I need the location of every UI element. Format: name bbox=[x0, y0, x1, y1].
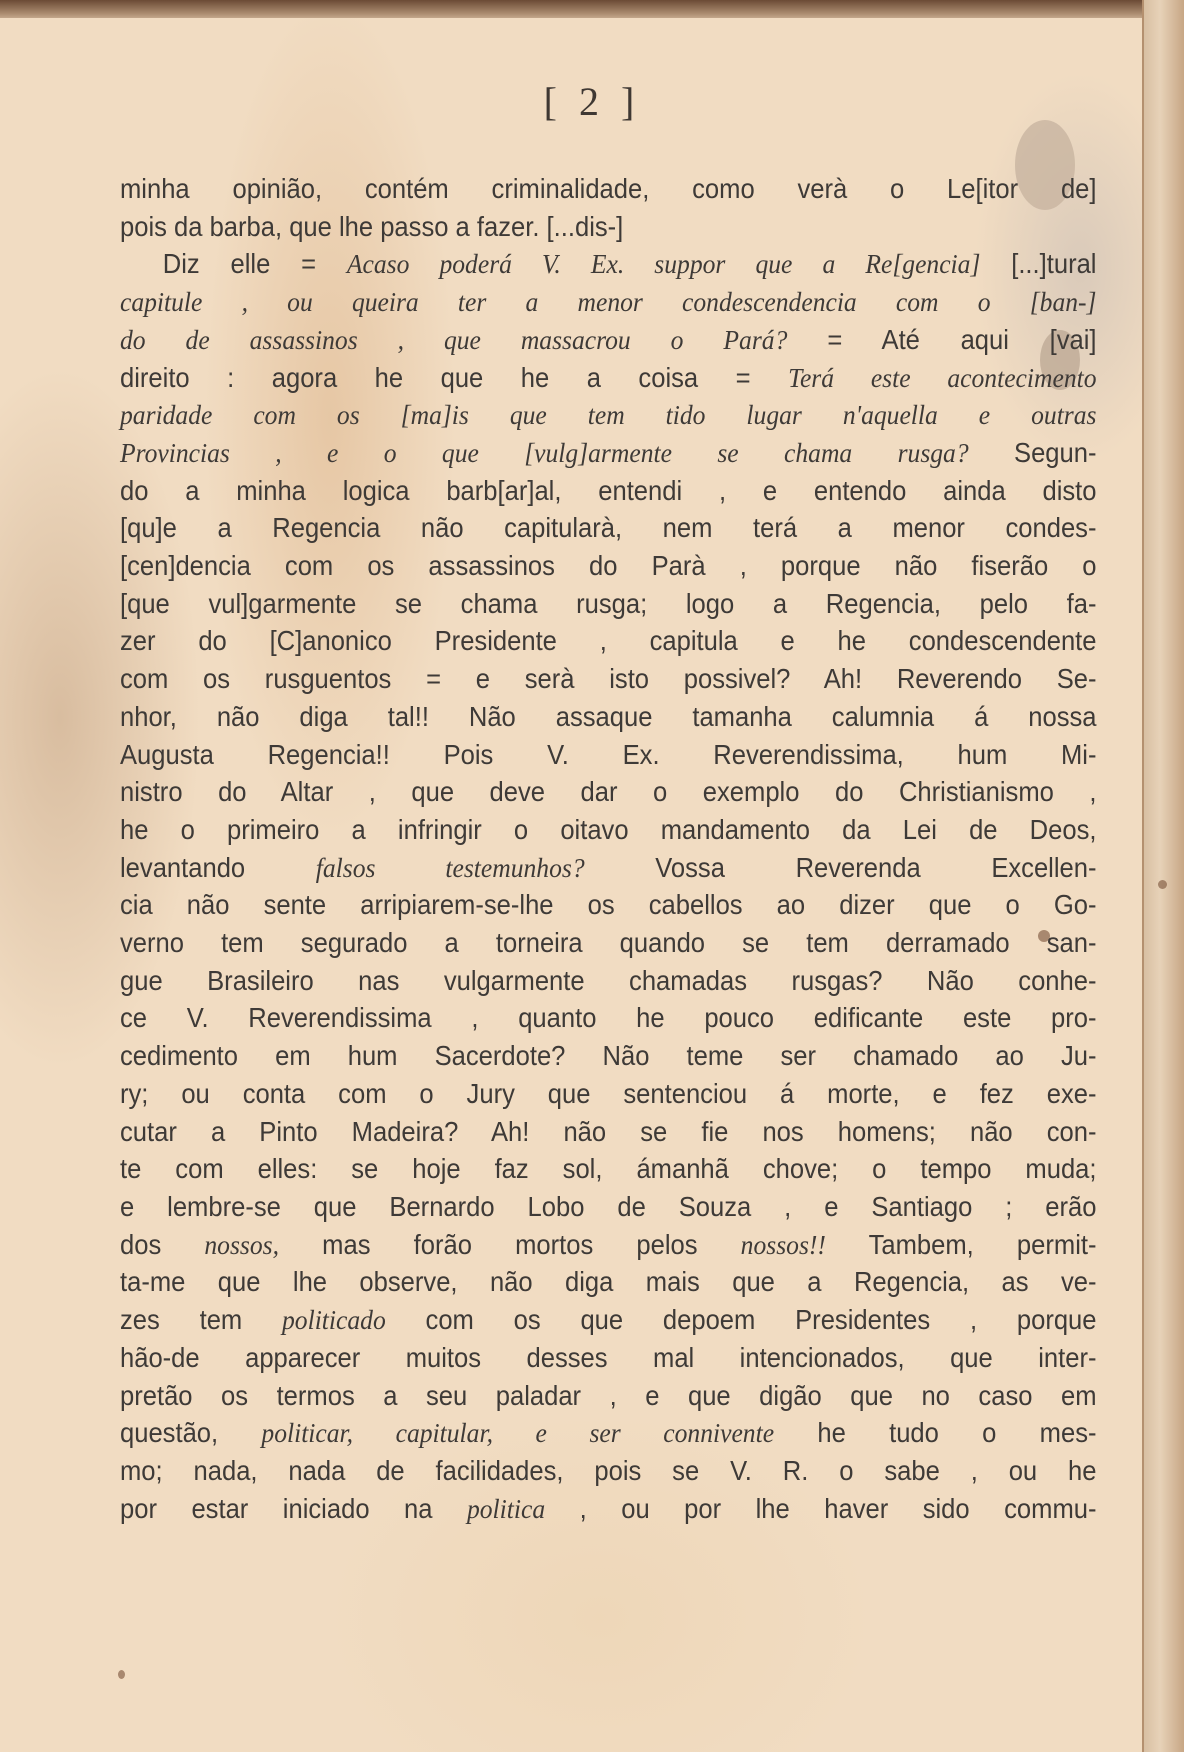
text-line: do a minha logica barb[ar]al, entendi , … bbox=[120, 472, 1097, 510]
text-run: Tambem, permit- bbox=[826, 1229, 1097, 1260]
book-binding-edge bbox=[1142, 0, 1184, 1752]
text-line: questão, politicar, capitular, e ser con… bbox=[120, 1414, 1097, 1452]
text-run: [que vul]garmente se chama rusga; logo a… bbox=[120, 588, 1097, 619]
italic-text: Terá este acontecimento bbox=[788, 362, 1096, 393]
text-run: direito : agora he que he a coisa = bbox=[120, 362, 788, 393]
text-line: direito : agora he que he a coisa = Terá… bbox=[120, 359, 1097, 397]
text-line: [qu]e a Regencia não capitularà, nem ter… bbox=[120, 509, 1097, 547]
text-run: he tudo o mes- bbox=[774, 1417, 1096, 1448]
text-line: nistro do Altar , que deve dar o exemplo… bbox=[120, 773, 1097, 811]
italic-text: politicar, capitular, e ser connivente bbox=[261, 1417, 774, 1448]
text-run: por estar iniciado na bbox=[120, 1493, 467, 1524]
text-line: cutar a Pinto Madeira? Ah! não se fie no… bbox=[120, 1113, 1097, 1151]
text-run: dos bbox=[120, 1229, 204, 1260]
text-line: paridade com os [ma]is que tem tido luga… bbox=[120, 396, 1097, 434]
italic-text: falsos testemunhos? bbox=[316, 852, 585, 883]
text-run: cutar a Pinto Madeira? Ah! não se fie no… bbox=[120, 1116, 1097, 1147]
text-run: Segun- bbox=[1014, 437, 1096, 468]
text-run: e lembre-se que Bernardo Lobo de Souza ,… bbox=[120, 1191, 1097, 1222]
text-run: gue Brasileiro nas vulgarmente chamadas … bbox=[120, 965, 1097, 996]
text-run: verno tem segurado a torneira quando se … bbox=[120, 927, 1097, 958]
text-run: [...]tural bbox=[980, 248, 1096, 279]
text-line: gue Brasileiro nas vulgarmente chamadas … bbox=[120, 962, 1097, 1000]
text-line: zes tem politicado com os que depoem Pre… bbox=[120, 1301, 1097, 1339]
text-run: he o primeiro a infringir o oitavo manda… bbox=[120, 814, 1097, 845]
text-line: do de assassinos , que massacrou o Pará?… bbox=[120, 321, 1097, 359]
text-line: te com elles: se hoje faz sol, ámanhã ch… bbox=[120, 1150, 1097, 1188]
text-run: [cen]dencia com os assassinos do Parà , … bbox=[120, 550, 1097, 581]
text-line: minha opinião, contém criminalidade, com… bbox=[120, 170, 1097, 208]
text-line: ta-me que lhe observe, não diga mais que… bbox=[120, 1263, 1097, 1301]
text-run: ce V. Reverendissima , quanto he pouco e… bbox=[120, 1002, 1097, 1033]
text-run: nhor, não diga tal!! Não assaque tamanha… bbox=[120, 701, 1097, 732]
text-run: pretão os termos a seu paladar , e que d… bbox=[120, 1380, 1097, 1411]
text-line: Provincias , e o que [vulg]armente se ch… bbox=[120, 434, 1097, 472]
text-run: = Até aqui [vai] bbox=[827, 324, 1096, 355]
text-run: cedimento em hum Sacerdote? Não teme ser… bbox=[120, 1040, 1097, 1071]
text-run: ta-me que lhe observe, não diga mais que… bbox=[120, 1266, 1097, 1297]
text-line: Augusta Regencia!! Pois V. Ex. Reverendi… bbox=[120, 736, 1097, 774]
text-line: levantando falsos testemunhos? Vossa Rev… bbox=[120, 849, 1097, 887]
text-run: [qu]e a Regencia não capitularà, nem ter… bbox=[120, 512, 1097, 543]
text-run: zer do [C]anonico Presidente , capitula … bbox=[120, 625, 1097, 656]
text-line: pois da barba, que lhe passo a fazer. [.… bbox=[120, 208, 1097, 246]
text-line: mo; nada, nada de facilidades, pois se V… bbox=[120, 1452, 1097, 1490]
text-line: hão-de apparecer muitos desses mal inten… bbox=[120, 1339, 1097, 1377]
italic-text: paridade com os [ma]is que tem tido luga… bbox=[120, 399, 1097, 430]
italic-text: politicado bbox=[282, 1304, 386, 1335]
text-run: com os que depoem Presidentes , porque bbox=[386, 1304, 1097, 1335]
text-line: ry; ou conta com o Jury que sentenciou á… bbox=[120, 1075, 1097, 1113]
text-line: [que vul]garmente se chama rusga; logo a… bbox=[120, 585, 1097, 623]
text-run: zes tem bbox=[120, 1304, 282, 1335]
italic-text: politica bbox=[467, 1493, 545, 1524]
text-line: ce V. Reverendissima , quanto he pouco e… bbox=[120, 999, 1097, 1037]
text-line: cedimento em hum Sacerdote? Não teme ser… bbox=[120, 1037, 1097, 1075]
text-line: nhor, não diga tal!! Não assaque tamanha… bbox=[120, 698, 1097, 736]
italic-text: nossos, bbox=[204, 1229, 279, 1260]
text-line: cia não sente arripiarem-se-lhe os cabel… bbox=[120, 886, 1097, 924]
page-number: [ 2 ] bbox=[0, 78, 1184, 125]
text-run: do a minha logica barb[ar]al, entendi , … bbox=[120, 475, 1097, 506]
text-run: ry; ou conta com o Jury que sentenciou á… bbox=[120, 1078, 1097, 1109]
text-line: he o primeiro a infringir o oitavo manda… bbox=[120, 811, 1097, 849]
text-line: pretão os termos a seu paladar , e que d… bbox=[120, 1377, 1097, 1415]
italic-text: Acaso poderá V. Ex. suppor que a Re[genc… bbox=[347, 248, 981, 279]
text-run: pois da barba, que lhe passo a fazer. [.… bbox=[120, 211, 623, 242]
italic-text: capitule , ou queira ter a menor condesc… bbox=[120, 286, 1097, 317]
text-line: [cen]dencia com os assassinos do Parà , … bbox=[120, 547, 1097, 585]
italic-text: do de assassinos , que massacrou o Pará? bbox=[120, 324, 827, 355]
ink-spot bbox=[118, 1670, 125, 1679]
text-run: te com elles: se hoje faz sol, ámanhã ch… bbox=[120, 1153, 1097, 1184]
text-line: e lembre-se que Bernardo Lobo de Souza ,… bbox=[120, 1188, 1097, 1226]
text-run: questão, bbox=[120, 1417, 261, 1448]
text-line: zer do [C]anonico Presidente , capitula … bbox=[120, 622, 1097, 660]
text-line: com os rusguentos = e serà isto possivel… bbox=[120, 660, 1097, 698]
text-run: mo; nada, nada de facilidades, pois se V… bbox=[120, 1455, 1097, 1486]
italic-text: Provincias , e o que [vulg]armente se ch… bbox=[120, 437, 1014, 468]
ink-spot bbox=[1158, 880, 1167, 889]
body-text: minha opinião, contém criminalidade, com… bbox=[120, 170, 1031, 1527]
text-line: capitule , ou queira ter a menor condesc… bbox=[120, 283, 1097, 321]
text-run: levantando bbox=[120, 852, 316, 883]
text-line: verno tem segurado a torneira quando se … bbox=[120, 924, 1097, 962]
text-run: cia não sente arripiarem-se-lhe os cabel… bbox=[120, 889, 1097, 920]
text-line: por estar iniciado na politica , ou por … bbox=[120, 1490, 1097, 1528]
text-run: Vossa Reverenda Excellen- bbox=[585, 852, 1097, 883]
italic-text: nossos!! bbox=[741, 1229, 826, 1260]
text-run: Augusta Regencia!! Pois V. Ex. Reverendi… bbox=[120, 739, 1097, 770]
text-run: hão-de apparecer muitos desses mal inten… bbox=[120, 1342, 1097, 1373]
text-run: nistro do Altar , que deve dar o exemplo… bbox=[120, 776, 1097, 807]
text-line: dos nossos, mas forão mortos pelos nosso… bbox=[120, 1226, 1097, 1264]
text-line: Diz elle = Acaso poderá V. Ex. suppor qu… bbox=[120, 245, 1097, 283]
text-run: , ou por lhe haver sido commu- bbox=[545, 1493, 1096, 1524]
text-run: mas forão mortos pelos bbox=[279, 1229, 741, 1260]
text-run: com os rusguentos = e serà isto possivel… bbox=[120, 663, 1097, 694]
text-run: minha opinião, contém criminalidade, com… bbox=[120, 173, 1097, 204]
text-run: Diz elle = bbox=[163, 248, 347, 279]
